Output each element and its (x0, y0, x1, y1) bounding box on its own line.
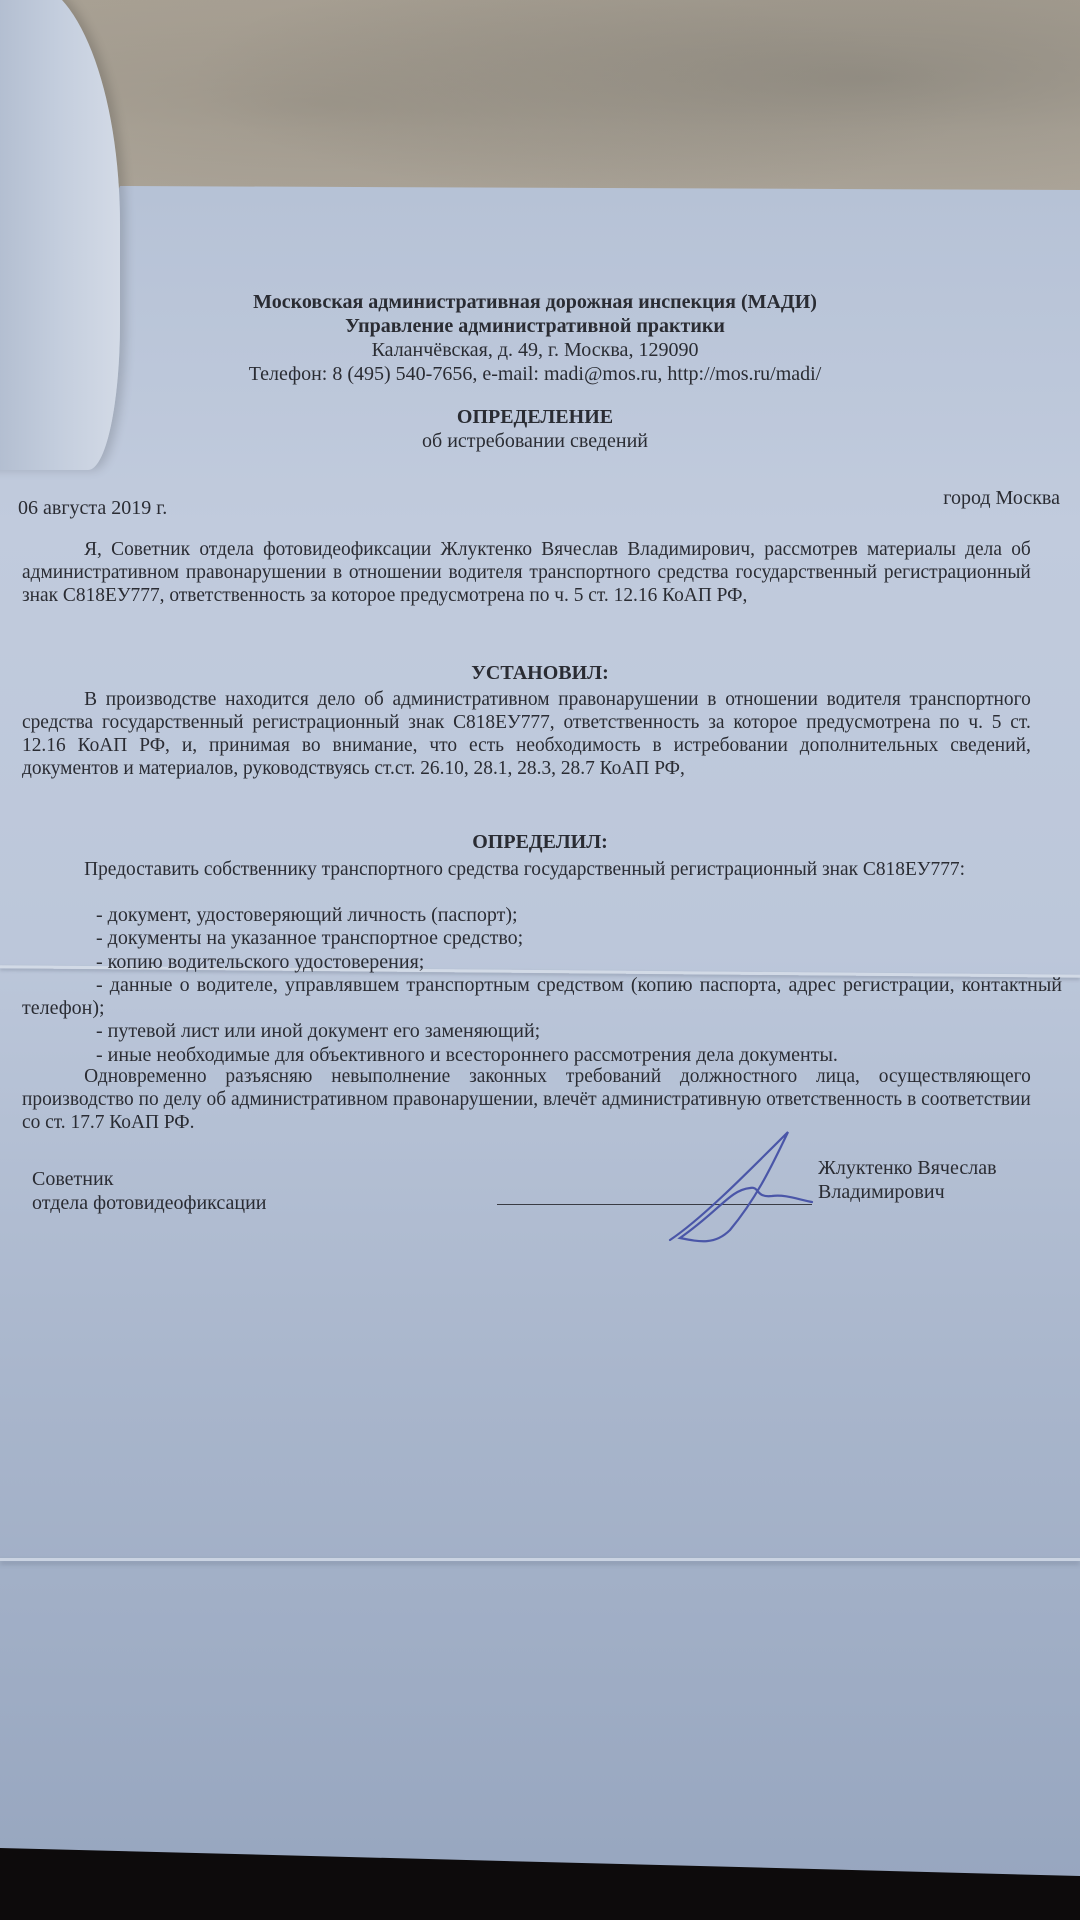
org-contacts: Телефон: 8 (495) 540-7656, e-mail: madi@… (130, 362, 940, 386)
document-city: город Москва (943, 487, 1060, 510)
list-item: - иные необходимые для объективного и вс… (22, 1044, 1062, 1067)
list-item: - документы на указанное транспортное ср… (22, 927, 1062, 950)
required-documents-list: - документ, удостоверяющий личность (пас… (22, 904, 1062, 1067)
document-date: 06 августа 2019 г. (18, 497, 167, 520)
org-address: Каланчёвская, д. 49, г. Москва, 129090 (130, 338, 940, 362)
section-established-heading: УСТАНОВИЛ: (0, 662, 1080, 685)
department-name: Управление административной практики (130, 314, 940, 338)
document-subtitle: об истребовании сведений (130, 429, 940, 453)
document-title-block: ОПРЕДЕЛЕНИЕ об истребовании сведений (130, 405, 940, 453)
determined-paragraph: Предоставить собственнику транспортного … (22, 858, 1031, 881)
list-item: - документ, удостоверяющий личность (пас… (22, 904, 1062, 927)
intro-paragraph: Я, Советник отдела фотовидеофиксации Жлу… (22, 538, 1031, 607)
warning-paragraph: Одновременно разъясняю невыполнение зако… (22, 1065, 1031, 1134)
list-item: - путевой лист или иной документ его зам… (22, 1020, 1062, 1043)
handwritten-signature (660, 1130, 830, 1250)
established-paragraph: В производстве находится дело об админис… (22, 688, 1031, 780)
list-item: - копию водительского удостоверения; (22, 951, 1062, 974)
document-title: ОПРЕДЕЛЕНИЕ (130, 405, 940, 429)
signer-position: Советник отдела фотовидеофиксации (32, 1167, 266, 1215)
section-determined-heading: ОПРЕДЕЛИЛ: (0, 831, 1080, 854)
letterhead: Московская административная дорожная инс… (130, 290, 940, 386)
signer-name: Жлуктенко Вячеслав Владимирович (818, 1156, 997, 1204)
org-name: Московская административная дорожная инс… (130, 290, 940, 314)
paper-fold (0, 1558, 1080, 1561)
list-item: - данные о водителе, управлявшем транспо… (22, 974, 1062, 1021)
